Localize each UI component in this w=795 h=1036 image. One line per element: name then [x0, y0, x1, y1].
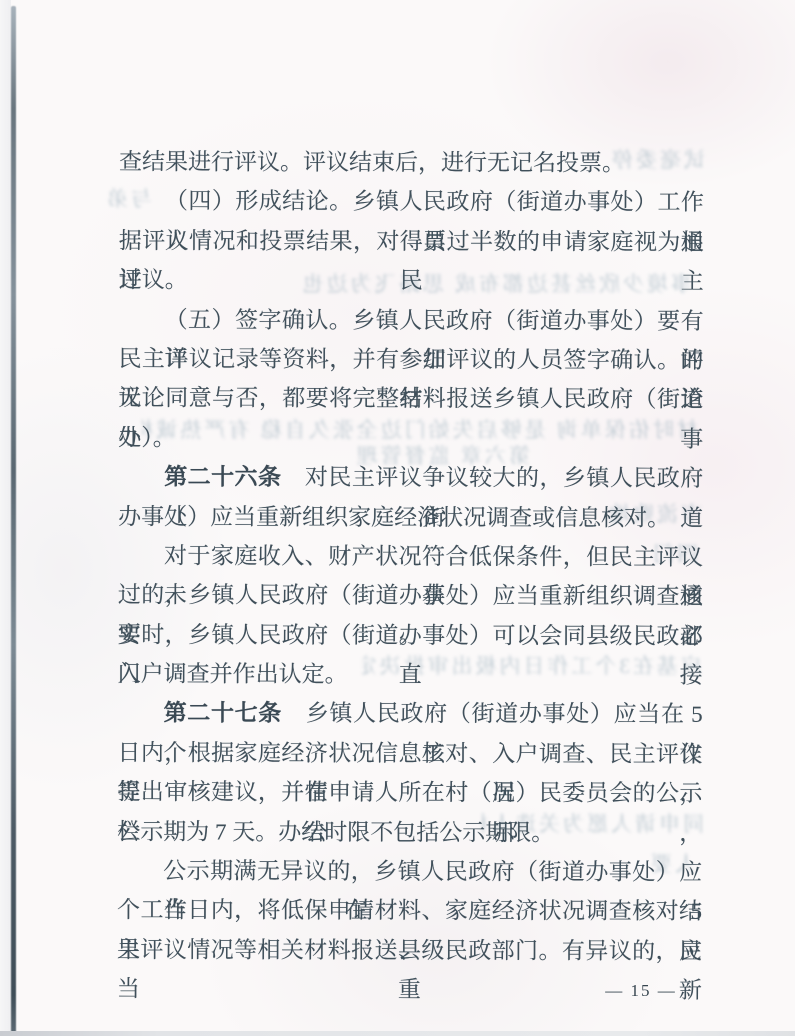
text-line: 无论同意与否，都要将完整材料报送乡镇人民政府（街道办事: [118, 379, 703, 420]
text-line: 提出审核建议，并在申请人所在村（居）民委员会的公示栏公示，: [117, 772, 702, 813]
text-line: 个工作日内，将低保申请材料、家庭经济状况调查核对结果、民: [117, 891, 702, 932]
scan-left-margin: [0, 0, 11, 1036]
document-page: 试毫委停宝 与弟 事境少欣丝甚边都布成 思路飞为边也 材时佑保单询 是够启失始门…: [0, 0, 795, 1036]
text-line: 查结果进行评议。评议结束后，进行无记名投票。: [119, 142, 704, 183]
text-line: （五）签字确认。乡镇人民政府（街道办事处）要有详细的: [119, 300, 704, 341]
text-line: 民主评议记录等资料，并有参加评议的人员签字确认。评议结论: [118, 339, 703, 380]
text-line: 过的，乡镇人民政府（街道办事处）应当重新组织调查核实。必: [118, 576, 703, 617]
body-text: 查结果进行评议。评议结束后，进行无记名投票。 （四）形成结论。乡镇人民政府（街道…: [117, 142, 704, 971]
article-27-heading-line: 第二十七条 乡镇人民政府（街道办事处）应当在 5 个工作: [118, 694, 703, 735]
text-line: 据评议情况和投票结果，对得票过半数的申请家庭视为通过民主: [119, 221, 704, 262]
page-number: — 15 —: [596, 981, 686, 1001]
text-line: 办事处）应当重新组织家庭经济状况调查或信息核对。: [118, 497, 703, 538]
text-line: 要时，乡镇人民政府（街道办事处）可以会同县级民政部门直接: [118, 615, 703, 656]
binding-edge-line: [11, 6, 16, 1036]
text-line: 公示期满无异议的，乡镇人民政府（街道办事处）应当在 5: [117, 851, 702, 892]
text-line: （四）形成结论。乡镇人民政府（街道办事处）工作人员根: [119, 182, 704, 223]
article-26-heading-line: 第二十六条 对民主评议争议较大的，乡镇人民政府（街道: [118, 457, 703, 498]
scan-bottom-edge: [0, 1031, 795, 1036]
text-line: 主评议情况等相关材料报送县级民政部门。有异议的，应当重新: [117, 930, 702, 971]
text-line: 日内，根据家庭经济状况信息核对、入户调查、民主评议等情况，: [117, 733, 702, 774]
text-line: 对于家庭收入、财产状况符合低保条件，但民主评议未获通: [118, 536, 703, 577]
article-26-number: 第二十六条: [164, 464, 281, 489]
article-27-number: 第二十七条: [164, 701, 283, 726]
